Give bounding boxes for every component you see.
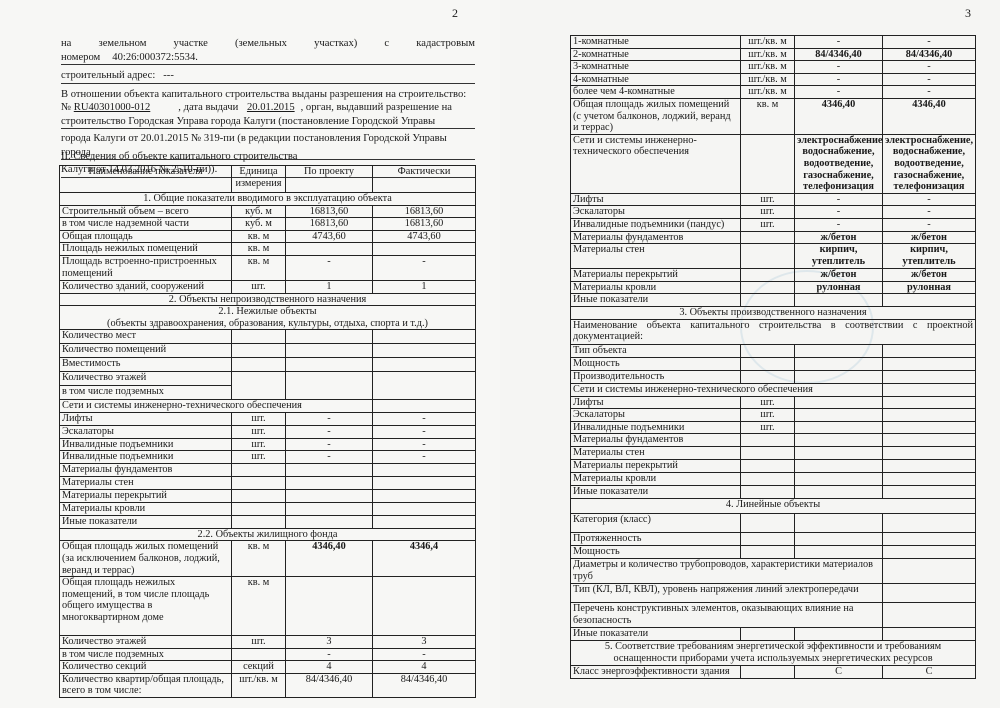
project-value: - xyxy=(286,413,373,426)
unit xyxy=(232,476,286,489)
section-title: II. Сведения об объекте капитального стр… xyxy=(61,151,297,162)
indicator-name: 2-комнатные xyxy=(571,48,741,61)
unit: кв. м xyxy=(232,541,286,577)
project-value: 1 xyxy=(286,280,373,293)
indicator-name: Вместимость xyxy=(60,358,232,372)
unit: шт. xyxy=(232,425,286,438)
table-row: Общая площадь жилых помещений (за исключ… xyxy=(60,541,476,577)
table-row: Иные показатели xyxy=(571,294,976,307)
actual-value xyxy=(883,370,976,383)
column-header: Наименование показателя xyxy=(60,166,232,193)
project-value xyxy=(286,243,373,256)
indicator-name: Лифты xyxy=(571,193,741,206)
indicator-name: Эскалаторы xyxy=(571,409,741,422)
actual-value xyxy=(883,473,976,486)
indicator-name: 3-комнатные xyxy=(571,61,741,74)
actual-value: 84/4346,40 xyxy=(883,48,976,61)
indicator-name: Материалы стен xyxy=(60,476,232,489)
table-row: Иные показатели xyxy=(571,486,976,499)
column-header: Единица измерения xyxy=(232,166,286,193)
permit-line: № RU40301000-012, дата выдачи 20.01.2015… xyxy=(61,101,475,115)
project-value xyxy=(795,294,883,307)
indicator-name: Количество этажей xyxy=(60,636,232,649)
address-label: строительный адрес: xyxy=(61,69,155,83)
actual-value: кирпич, утеплитель xyxy=(883,244,976,269)
actual-value xyxy=(373,515,476,528)
actual-value: - xyxy=(883,218,976,231)
table-row: Площадь встроенно-пристроенных помещений… xyxy=(60,255,476,280)
issue-date-label: , дата выдачи xyxy=(178,102,238,113)
table-row: Количество секцийсекций44 xyxy=(60,661,476,674)
project-value xyxy=(795,486,883,499)
indicator-name: Мощность xyxy=(571,546,741,559)
actual-value: 1 xyxy=(373,280,476,293)
address-line: строительный адрес: --- xyxy=(61,69,475,84)
project-value: - xyxy=(286,438,373,451)
cadastral-number: 40:26:000372:5534. xyxy=(112,51,198,65)
permits-text: В отношении объекта капитального строите… xyxy=(61,88,475,102)
unit xyxy=(741,533,795,546)
table-row: 3. Объекты производственного назначения xyxy=(571,306,976,319)
actual-value: ж/бетон xyxy=(883,269,976,282)
indicator-name: Эскалаторы xyxy=(60,425,232,438)
table-row: Материалы фундаментов xyxy=(571,434,976,447)
project-value xyxy=(795,514,883,533)
table-row: Иные показатели xyxy=(571,628,976,641)
actual-value: - xyxy=(373,648,476,661)
table-row: Количество квартир/общая площадь, всего … xyxy=(60,673,476,697)
table-row: Эскалаторышт. xyxy=(571,409,976,422)
cadastral-label: номером xyxy=(61,51,100,65)
project-value: 84/4346,40 xyxy=(795,48,883,61)
unit: куб. м xyxy=(232,218,286,231)
indicator-name: 1-комнатные xyxy=(571,36,741,49)
table-row: 1. Общие показатели вводимого в эксплуат… xyxy=(60,193,476,206)
actual-value xyxy=(373,330,476,344)
actual-value xyxy=(883,514,976,533)
header-row: Наименование показателяЕдиница измерения… xyxy=(60,166,476,193)
table-row: Количество помещений xyxy=(60,344,476,358)
project-value: ж/бетон xyxy=(795,231,883,244)
actual-value xyxy=(373,476,476,489)
table-row: Производительность xyxy=(571,370,976,383)
page-2: 2 наземельномучастке(земельныхучастках)с… xyxy=(0,0,500,708)
unit xyxy=(741,447,795,460)
project-value xyxy=(795,409,883,422)
unit: шт. xyxy=(232,413,286,426)
project-value: ж/бетон xyxy=(795,269,883,282)
project-value: 3 xyxy=(286,636,373,649)
actual-value: - xyxy=(373,451,476,464)
unit: кв. м xyxy=(232,577,286,636)
table-cell: Сети и системы инженерно-технического об… xyxy=(571,383,883,396)
actual-value: - xyxy=(373,413,476,426)
indicator-name: Инвалидные подъемники xyxy=(60,438,232,451)
indicator-name: Площадь нежилых помещений xyxy=(60,243,232,256)
table-cell xyxy=(232,372,286,400)
indicator-name: Лифты xyxy=(60,413,232,426)
intro-word: на xyxy=(61,37,71,51)
indicator-name: Материалы стен xyxy=(571,447,741,460)
actual-value: рулонная xyxy=(883,281,976,294)
table-row: Сети и системы инженерно-технического об… xyxy=(571,134,976,193)
indicator-name: Материалы перекрытий xyxy=(571,460,741,473)
section-heading: 5. Соответствие требованиям энергетическ… xyxy=(571,641,976,666)
unit: кв. м xyxy=(232,255,286,280)
table-cell xyxy=(883,603,976,628)
project-value: электроснабжение, водоснабжение, водоотв… xyxy=(795,134,883,193)
unit xyxy=(741,460,795,473)
indicator-name: Строительный объем – всего xyxy=(60,205,232,218)
unit xyxy=(232,489,286,502)
unit xyxy=(232,344,286,358)
table-cell: Сети и системы инженерно-технического об… xyxy=(60,400,373,413)
actual-value: - xyxy=(373,255,476,280)
project-value xyxy=(795,460,883,473)
unit: кв. м xyxy=(741,98,795,134)
table-row: Материалы фундаментовж/бетонж/бетон xyxy=(571,231,976,244)
actual-value: 4346,40 xyxy=(883,98,976,134)
project-value xyxy=(795,421,883,434)
table-cell xyxy=(883,559,976,584)
unit: шт./кв. м xyxy=(741,86,795,99)
project-value xyxy=(795,546,883,559)
page-number: 2 xyxy=(452,6,458,21)
table-row: 2.2. Объекты жилищного фонда xyxy=(60,528,476,541)
object-name-label: Наименование объекта капитального строит… xyxy=(571,319,976,344)
project-value xyxy=(286,515,373,528)
actual-value: - xyxy=(373,425,476,438)
actual-value xyxy=(883,447,976,460)
table-row: Материалы фундаментов xyxy=(60,463,476,476)
table-row: Сети и системы инженерно-технического об… xyxy=(571,383,976,396)
table-row: Эскалаторышт.-- xyxy=(571,206,976,219)
unit xyxy=(741,473,795,486)
project-value: С xyxy=(795,666,883,679)
indicator-name: Количество зданий, сооружений xyxy=(60,280,232,293)
table-row: 1-комнатныешт./кв. м-- xyxy=(571,36,976,49)
indicator-name: Материалы стен xyxy=(571,244,741,269)
project-value xyxy=(795,370,883,383)
actual-value: - xyxy=(883,86,976,99)
section-heading: 2.2. Объекты жилищного фонда xyxy=(60,528,476,541)
project-value xyxy=(795,357,883,370)
table-row: Инвалидные подъемникишт.-- xyxy=(60,438,476,451)
indicator-name: Протяженность xyxy=(571,533,741,546)
unit xyxy=(232,515,286,528)
actual-value xyxy=(883,357,976,370)
table-row: Категория (класс) xyxy=(571,514,976,533)
actual-value xyxy=(373,577,476,636)
issue-date: 20.01.2015 xyxy=(241,102,301,113)
indicator-name: Тип объекта xyxy=(571,344,741,357)
project-value: рулонная xyxy=(795,281,883,294)
actual-value xyxy=(883,344,976,357)
actual-value xyxy=(373,489,476,502)
project-value: - xyxy=(286,425,373,438)
intro-word: с xyxy=(384,37,389,51)
table-row: 5. Соответствие требованиям энергетическ… xyxy=(571,641,976,666)
table-row: Диаметры и количество трубопроводов, хар… xyxy=(571,559,976,584)
section-heading: 2. Объекты непроизводственного назначени… xyxy=(60,293,476,306)
indicator-name: Тип (КЛ, ВЛ, КВЛ), уровень напряжения ли… xyxy=(571,584,883,603)
indicator-name: Общая площадь жилых помещений (с учетом … xyxy=(571,98,741,134)
project-value xyxy=(286,463,373,476)
indicator-name: Материалы фундаментов xyxy=(571,231,741,244)
project-value: - xyxy=(795,36,883,49)
table-row: Материалы перекрытийж/бетонж/бетон xyxy=(571,269,976,282)
indicator-name: Производительность xyxy=(571,370,741,383)
unit xyxy=(232,330,286,344)
unit: шт./кв. м xyxy=(232,673,286,697)
project-value xyxy=(795,628,883,641)
actual-value: электроснабжение, водоснабжение, водоотв… xyxy=(883,134,976,193)
project-value: 16813,60 xyxy=(286,205,373,218)
section-heading: 3. Объекты производственного назначения xyxy=(571,306,976,319)
actual-value: 4 xyxy=(373,661,476,674)
project-value xyxy=(286,476,373,489)
project-value: - xyxy=(795,193,883,206)
table-cell xyxy=(883,584,976,603)
project-value xyxy=(286,502,373,515)
intro-line-1: наземельномучастке(земельныхучастках)ска… xyxy=(61,37,475,51)
actual-value: - xyxy=(373,438,476,451)
table-row: Материалы перекрытий xyxy=(60,489,476,502)
table-row: 2.1. Нежилые объекты (объекты здравоохра… xyxy=(60,306,476,330)
table-cell: в том числе подземных xyxy=(60,386,232,400)
project-value: - xyxy=(795,86,883,99)
unit xyxy=(232,358,286,372)
table-row: Материалы стенкирпич, утеплителькирпич, … xyxy=(571,244,976,269)
actual-value: 4346,4 xyxy=(373,541,476,577)
indicator-name: Материалы кровли xyxy=(60,502,232,515)
intro-word: участках) xyxy=(314,37,357,51)
table-cell xyxy=(373,400,476,413)
indicator-name: Инвалидные подъемники xyxy=(571,421,741,434)
unit xyxy=(741,628,795,641)
table-row: в том числе подземных-- xyxy=(60,648,476,661)
table-row: Мощность xyxy=(571,357,976,370)
unit xyxy=(232,463,286,476)
unit xyxy=(741,434,795,447)
project-value: - xyxy=(795,218,883,231)
unit: куб. м xyxy=(232,205,286,218)
table-row: Перечень конструктивных элементов, оказы… xyxy=(571,603,976,628)
unit: шт. xyxy=(741,193,795,206)
actual-value: - xyxy=(883,73,976,86)
indicator-name: Количество помещений xyxy=(60,344,232,358)
table-row: более чем 4-комнатныешт./кв. м-- xyxy=(571,86,976,99)
project-value: 84/4346,40 xyxy=(286,673,373,697)
project-value xyxy=(286,330,373,344)
table-row: Класс энергоэффективности зданияСС xyxy=(571,666,976,679)
unit xyxy=(741,231,795,244)
project-value xyxy=(795,396,883,409)
unit: шт./кв. м xyxy=(741,36,795,49)
unit xyxy=(232,502,286,515)
project-value: 4 xyxy=(286,661,373,674)
project-value xyxy=(286,577,373,636)
unit: шт. xyxy=(741,206,795,219)
project-value: - xyxy=(795,206,883,219)
unit: шт. xyxy=(232,451,286,464)
table-cell xyxy=(373,372,476,400)
unit xyxy=(741,344,795,357)
unit xyxy=(741,269,795,282)
unit: шт. xyxy=(232,636,286,649)
table-row: Материалы кровлирулоннаярулонная xyxy=(571,281,976,294)
actual-value: 16813,60 xyxy=(373,218,476,231)
unit xyxy=(741,666,795,679)
issuer-text-1: Городская Управа города Калуги (постанов… xyxy=(128,115,435,129)
actual-value xyxy=(373,243,476,256)
table-row: Материалы перекрытий xyxy=(571,460,976,473)
project-value: 4346,40 xyxy=(795,98,883,134)
project-value: - xyxy=(286,648,373,661)
table-row: Инвалидные подъемники (пандус)шт.-- xyxy=(571,218,976,231)
indicator-name: в том числе подземных xyxy=(60,648,232,661)
indicator-name: Площадь встроенно-пристроенных помещений xyxy=(60,255,232,280)
column-header: Фактически xyxy=(373,166,476,193)
indicator-name: Категория (класс) xyxy=(571,514,741,533)
actual-value: - xyxy=(883,36,976,49)
project-value: 4346,40 xyxy=(286,541,373,577)
indicator-name: Материалы фундаментов xyxy=(571,434,741,447)
actual-value: ж/бетон xyxy=(883,231,976,244)
unit xyxy=(741,244,795,269)
indicator-name: Общая площадь жилых помещений (за исключ… xyxy=(60,541,232,577)
unit xyxy=(741,281,795,294)
unit: шт./кв. м xyxy=(741,73,795,86)
permit-no-label: № xyxy=(61,102,71,113)
actual-value: - xyxy=(883,193,976,206)
indicator-name: Материалы перекрытий xyxy=(60,489,232,502)
actual-value: 84/4346,40 xyxy=(373,673,476,697)
actual-value xyxy=(883,434,976,447)
project-value: - xyxy=(795,61,883,74)
table-row: Лифтышт.-- xyxy=(571,193,976,206)
unit xyxy=(741,370,795,383)
project-value xyxy=(795,447,883,460)
actual-value xyxy=(883,409,976,422)
unit: шт./кв. м xyxy=(741,48,795,61)
actual-value xyxy=(883,628,976,641)
unit: шт. xyxy=(741,218,795,231)
indicator-name: Лифты xyxy=(571,396,741,409)
table-row: Лифтышт. xyxy=(571,396,976,409)
table-row: Эскалаторышт.-- xyxy=(60,425,476,438)
table-row: Вместимость xyxy=(60,358,476,372)
unit xyxy=(741,514,795,533)
unit: кв. м xyxy=(232,243,286,256)
table-row: в том числе надземной частикуб. м16813,6… xyxy=(60,218,476,231)
actual-value xyxy=(373,358,476,372)
column-header: По проекту xyxy=(286,166,373,193)
unit: секций xyxy=(232,661,286,674)
indicator-name: Иные показатели xyxy=(571,628,741,641)
indicator-name: Количество квартир/общая площадь, всего … xyxy=(60,673,232,697)
actual-value: 3 xyxy=(373,636,476,649)
indicator-name: Эскалаторы xyxy=(571,206,741,219)
indicator-name: Материалы кровли xyxy=(571,281,741,294)
unit xyxy=(741,546,795,559)
indicator-name: Иные показатели xyxy=(60,515,232,528)
indicator-name: Инвалидные подъемники (пандус) xyxy=(571,218,741,231)
table-row: Общая площадь жилых помещений (с учетом … xyxy=(571,98,976,134)
permit-number: RU40301000-012 xyxy=(74,102,179,113)
unit: шт. xyxy=(741,396,795,409)
section-heading: 2.1. Нежилые объекты (объекты здравоохра… xyxy=(60,306,476,330)
intro-word: кадастровым xyxy=(416,37,475,51)
table-row: Сети и системы инженерно-технического об… xyxy=(60,400,476,413)
project-value xyxy=(286,489,373,502)
project-value: - xyxy=(286,451,373,464)
table-row: Общая площадь нежилых помещений, в том ч… xyxy=(60,577,476,636)
project-value xyxy=(795,473,883,486)
table-row: 4. Линейные объекты xyxy=(571,499,976,514)
actual-value xyxy=(883,460,976,473)
indicator-name: 4-комнатные xyxy=(571,73,741,86)
unit xyxy=(232,648,286,661)
actual-value xyxy=(883,396,976,409)
table-row: Площадь нежилых помещенийкв. м xyxy=(60,243,476,256)
project-value xyxy=(286,344,373,358)
table-row: Материалы стен xyxy=(60,476,476,489)
table-row: Строительный объем – всегокуб. м16813,60… xyxy=(60,205,476,218)
unit: шт. xyxy=(232,438,286,451)
project-value xyxy=(286,358,373,372)
table-row: Материалы кровли xyxy=(571,473,976,486)
issuer-label: , орган, выдавший разрешение на xyxy=(301,102,452,113)
actual-value xyxy=(373,502,476,515)
unit: шт. xyxy=(741,421,795,434)
page-number: 3 xyxy=(965,6,971,21)
actual-value: - xyxy=(883,61,976,74)
unit xyxy=(741,357,795,370)
actual-value xyxy=(883,294,976,307)
project-value xyxy=(795,344,883,357)
issuer-line-1: строительство Городская Управа города Ка… xyxy=(61,115,475,130)
unit xyxy=(741,486,795,499)
actual-value xyxy=(883,486,976,499)
indicator-name: Общая площадь нежилых помещений, в том ч… xyxy=(60,577,232,636)
actual-value xyxy=(373,463,476,476)
actual-value: - xyxy=(883,206,976,219)
indicator-name: Материалы кровли xyxy=(571,473,741,486)
project-value: кирпич, утеплитель xyxy=(795,244,883,269)
issuer-prefix: строительство xyxy=(61,115,126,129)
table-row: Наименование объекта капитального строит… xyxy=(571,319,976,344)
indicator-name: Сети и системы инженерно-технического об… xyxy=(571,134,741,193)
table-row: Материалы кровли xyxy=(60,502,476,515)
actual-value xyxy=(373,344,476,358)
section-heading: 4. Линейные объекты xyxy=(571,499,976,514)
table-row: Количество мест xyxy=(60,330,476,344)
actual-value xyxy=(883,421,976,434)
address-value: --- xyxy=(163,69,174,83)
project-value xyxy=(795,533,883,546)
indicator-name: Материалы перекрытий xyxy=(571,269,741,282)
table-row: 4-комнатныешт./кв. м-- xyxy=(571,73,976,86)
indicator-name: в том числе надземной части xyxy=(60,218,232,231)
table-row: 2-комнатныешт./кв. м84/4346,4084/4346,40 xyxy=(571,48,976,61)
table-row: Количество зданий, сооруженийшт.11 xyxy=(60,280,476,293)
indicator-name: Материалы фундаментов xyxy=(60,463,232,476)
table-cell xyxy=(286,372,373,400)
right-indicators-table: 1-комнатныешт./кв. м--2-комнатныешт./кв.… xyxy=(570,35,976,679)
indicator-name: Общая площадь xyxy=(60,230,232,243)
unit: шт. xyxy=(232,280,286,293)
